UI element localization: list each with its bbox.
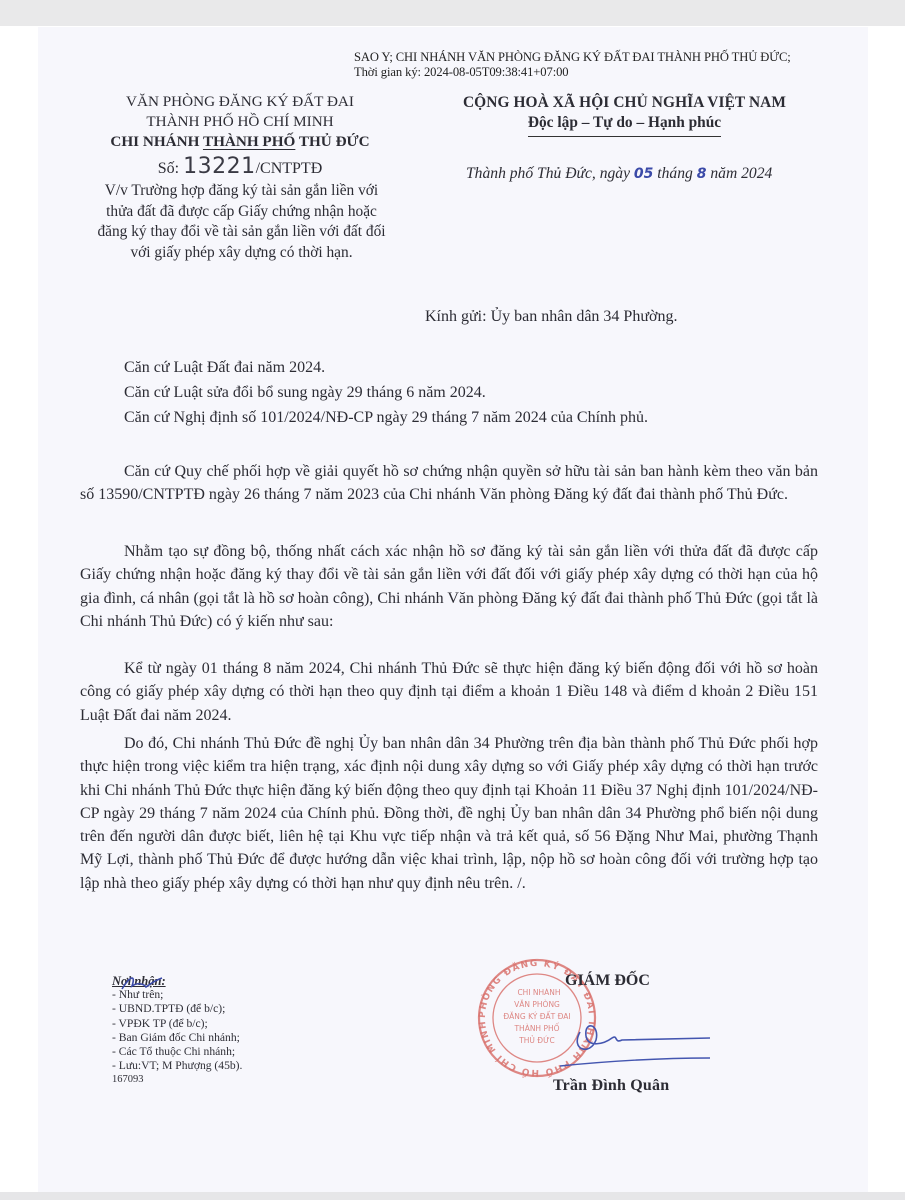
- document-number: Số: 13221/CNTPTĐ: [40, 155, 440, 181]
- legal-basis-4: Căn cứ Quy chế phối hợp về giải quyết hồ…: [80, 460, 818, 507]
- document-subject: V/v Trường hợp đăng ký tài sản gắn liền …: [40, 181, 440, 263]
- distribution-item: - Ban Giám đốc Chi nhánh;: [112, 1031, 242, 1045]
- national-motto: Độc lập – Tự do – Hạnh phúc: [528, 113, 721, 137]
- initial-scribble-icon: [118, 972, 164, 994]
- document-number-suffix: /CNTPTĐ: [256, 160, 323, 177]
- issuer-line-1: VĂN PHÒNG ĐĂNG KÝ ĐẤT ĐAI: [40, 92, 440, 112]
- issuer-line-2: THÀNH PHỐ HỒ CHÍ MINH: [40, 112, 440, 132]
- digital-signature-line: SAO Y; CHI NHÁNH VĂN PHÒNG ĐĂNG KÝ ĐẤT Đ…: [354, 50, 791, 65]
- place-and-date: Thành phố Thủ Đức, ngày 05 tháng 8 năm 2…: [466, 165, 772, 183]
- distribution-item: - VPĐK TP (để b/c);: [112, 1017, 242, 1031]
- digital-signature-info: SAO Y; CHI NHÁNH VĂN PHÒNG ĐĂNG KÝ ĐẤT Đ…: [354, 50, 791, 79]
- handwritten-signature-icon: [560, 1010, 710, 1080]
- svg-text:THÀNH PHỐ: THÀNH PHỐ: [513, 1023, 559, 1033]
- distribution-item: - UBND.TPTĐ (để b/c);: [112, 1002, 242, 1016]
- svg-text:VĂN PHÒNG: VĂN PHÒNG: [514, 1000, 560, 1009]
- issuer-branch-suffix: THỦ ĐỨC: [295, 133, 369, 150]
- document-number-value: 13221: [183, 154, 256, 179]
- handwritten-day: 05: [634, 166, 653, 182]
- month-label: tháng: [653, 165, 696, 182]
- nation-title: CỘNG HOÀ XÃ HỘI CHỦ NGHĨA VIỆT NAM: [452, 93, 797, 113]
- issuer-branch-prefix: CHI NHÁNH: [110, 133, 203, 150]
- paragraph-effective-date-text: Kể từ ngày 01 tháng 8 năm 2024, Chi nhán…: [80, 657, 818, 727]
- paragraph-purpose: Nhằm tạo sự đồng bộ, thống nhất cách xác…: [80, 540, 818, 633]
- legal-basis-4-text: Căn cứ Quy chế phối hợp về giải quyết hồ…: [80, 460, 818, 507]
- svg-text:CHI NHÁNH: CHI NHÁNH: [517, 988, 560, 997]
- issuer-branch: CHI NHÁNH THÀNH PHỐ THỦ ĐỨC: [40, 132, 440, 152]
- issuer-branch-underlined: THÀNH PHỐ: [203, 133, 295, 150]
- paragraph-effective-date: Kể từ ngày 01 tháng 8 năm 2024, Chi nhán…: [80, 657, 818, 727]
- distribution-item: - Lưu:VT; M Phượng (45b).: [112, 1059, 242, 1073]
- year-label: năm 2024: [706, 165, 772, 182]
- paragraph-request: Do đó, Chi nhánh Thủ Đức đề nghị Ủy ban …: [80, 732, 818, 895]
- legal-basis-2: Căn cứ Luật sửa đổi bổ sung ngày 29 thán…: [124, 381, 818, 404]
- distribution-item: - Các Tổ thuộc Chi nhánh;: [112, 1045, 242, 1059]
- issuer-header: VĂN PHÒNG ĐĂNG KÝ ĐẤT ĐAI THÀNH PHỐ HỒ C…: [40, 92, 440, 263]
- legal-basis-1: Căn cứ Luật Đất đai năm 2024.: [124, 356, 818, 379]
- place-label: Thành phố Thủ Đức, ngày: [466, 165, 634, 182]
- paragraph-request-text: Do đó, Chi nhánh Thủ Đức đề nghị Ủy ban …: [80, 732, 818, 895]
- svg-text:THỦ ĐỨC: THỦ ĐỨC: [518, 1035, 555, 1045]
- viewer-bottom-bar: [0, 1192, 905, 1200]
- viewer-top-bar: [0, 0, 905, 26]
- legal-basis-3-text: Căn cứ Nghị định số 101/2024/NĐ-CP ngày …: [80, 406, 818, 429]
- paragraph-purpose-text: Nhằm tạo sự đồng bộ, thống nhất cách xác…: [80, 540, 818, 633]
- legal-basis-3: Căn cứ Nghị định số 101/2024/NĐ-CP ngày …: [80, 406, 818, 429]
- document-number-label: Số:: [158, 160, 179, 177]
- reference-code: 167093: [112, 1073, 242, 1087]
- national-header: CỘNG HOÀ XÃ HỘI CHỦ NGHĨA VIỆT NAM Độc l…: [452, 93, 797, 137]
- signer-name: Trần Đình Quân: [553, 1077, 669, 1095]
- signing-time: Thời gian ký: 2024-08-05T09:38:41+07:00: [354, 65, 791, 80]
- addressee: Kính gửi: Ủy ban nhân dân 34 Phường.: [425, 308, 677, 326]
- signer-role: GIÁM ĐỐC: [565, 972, 650, 990]
